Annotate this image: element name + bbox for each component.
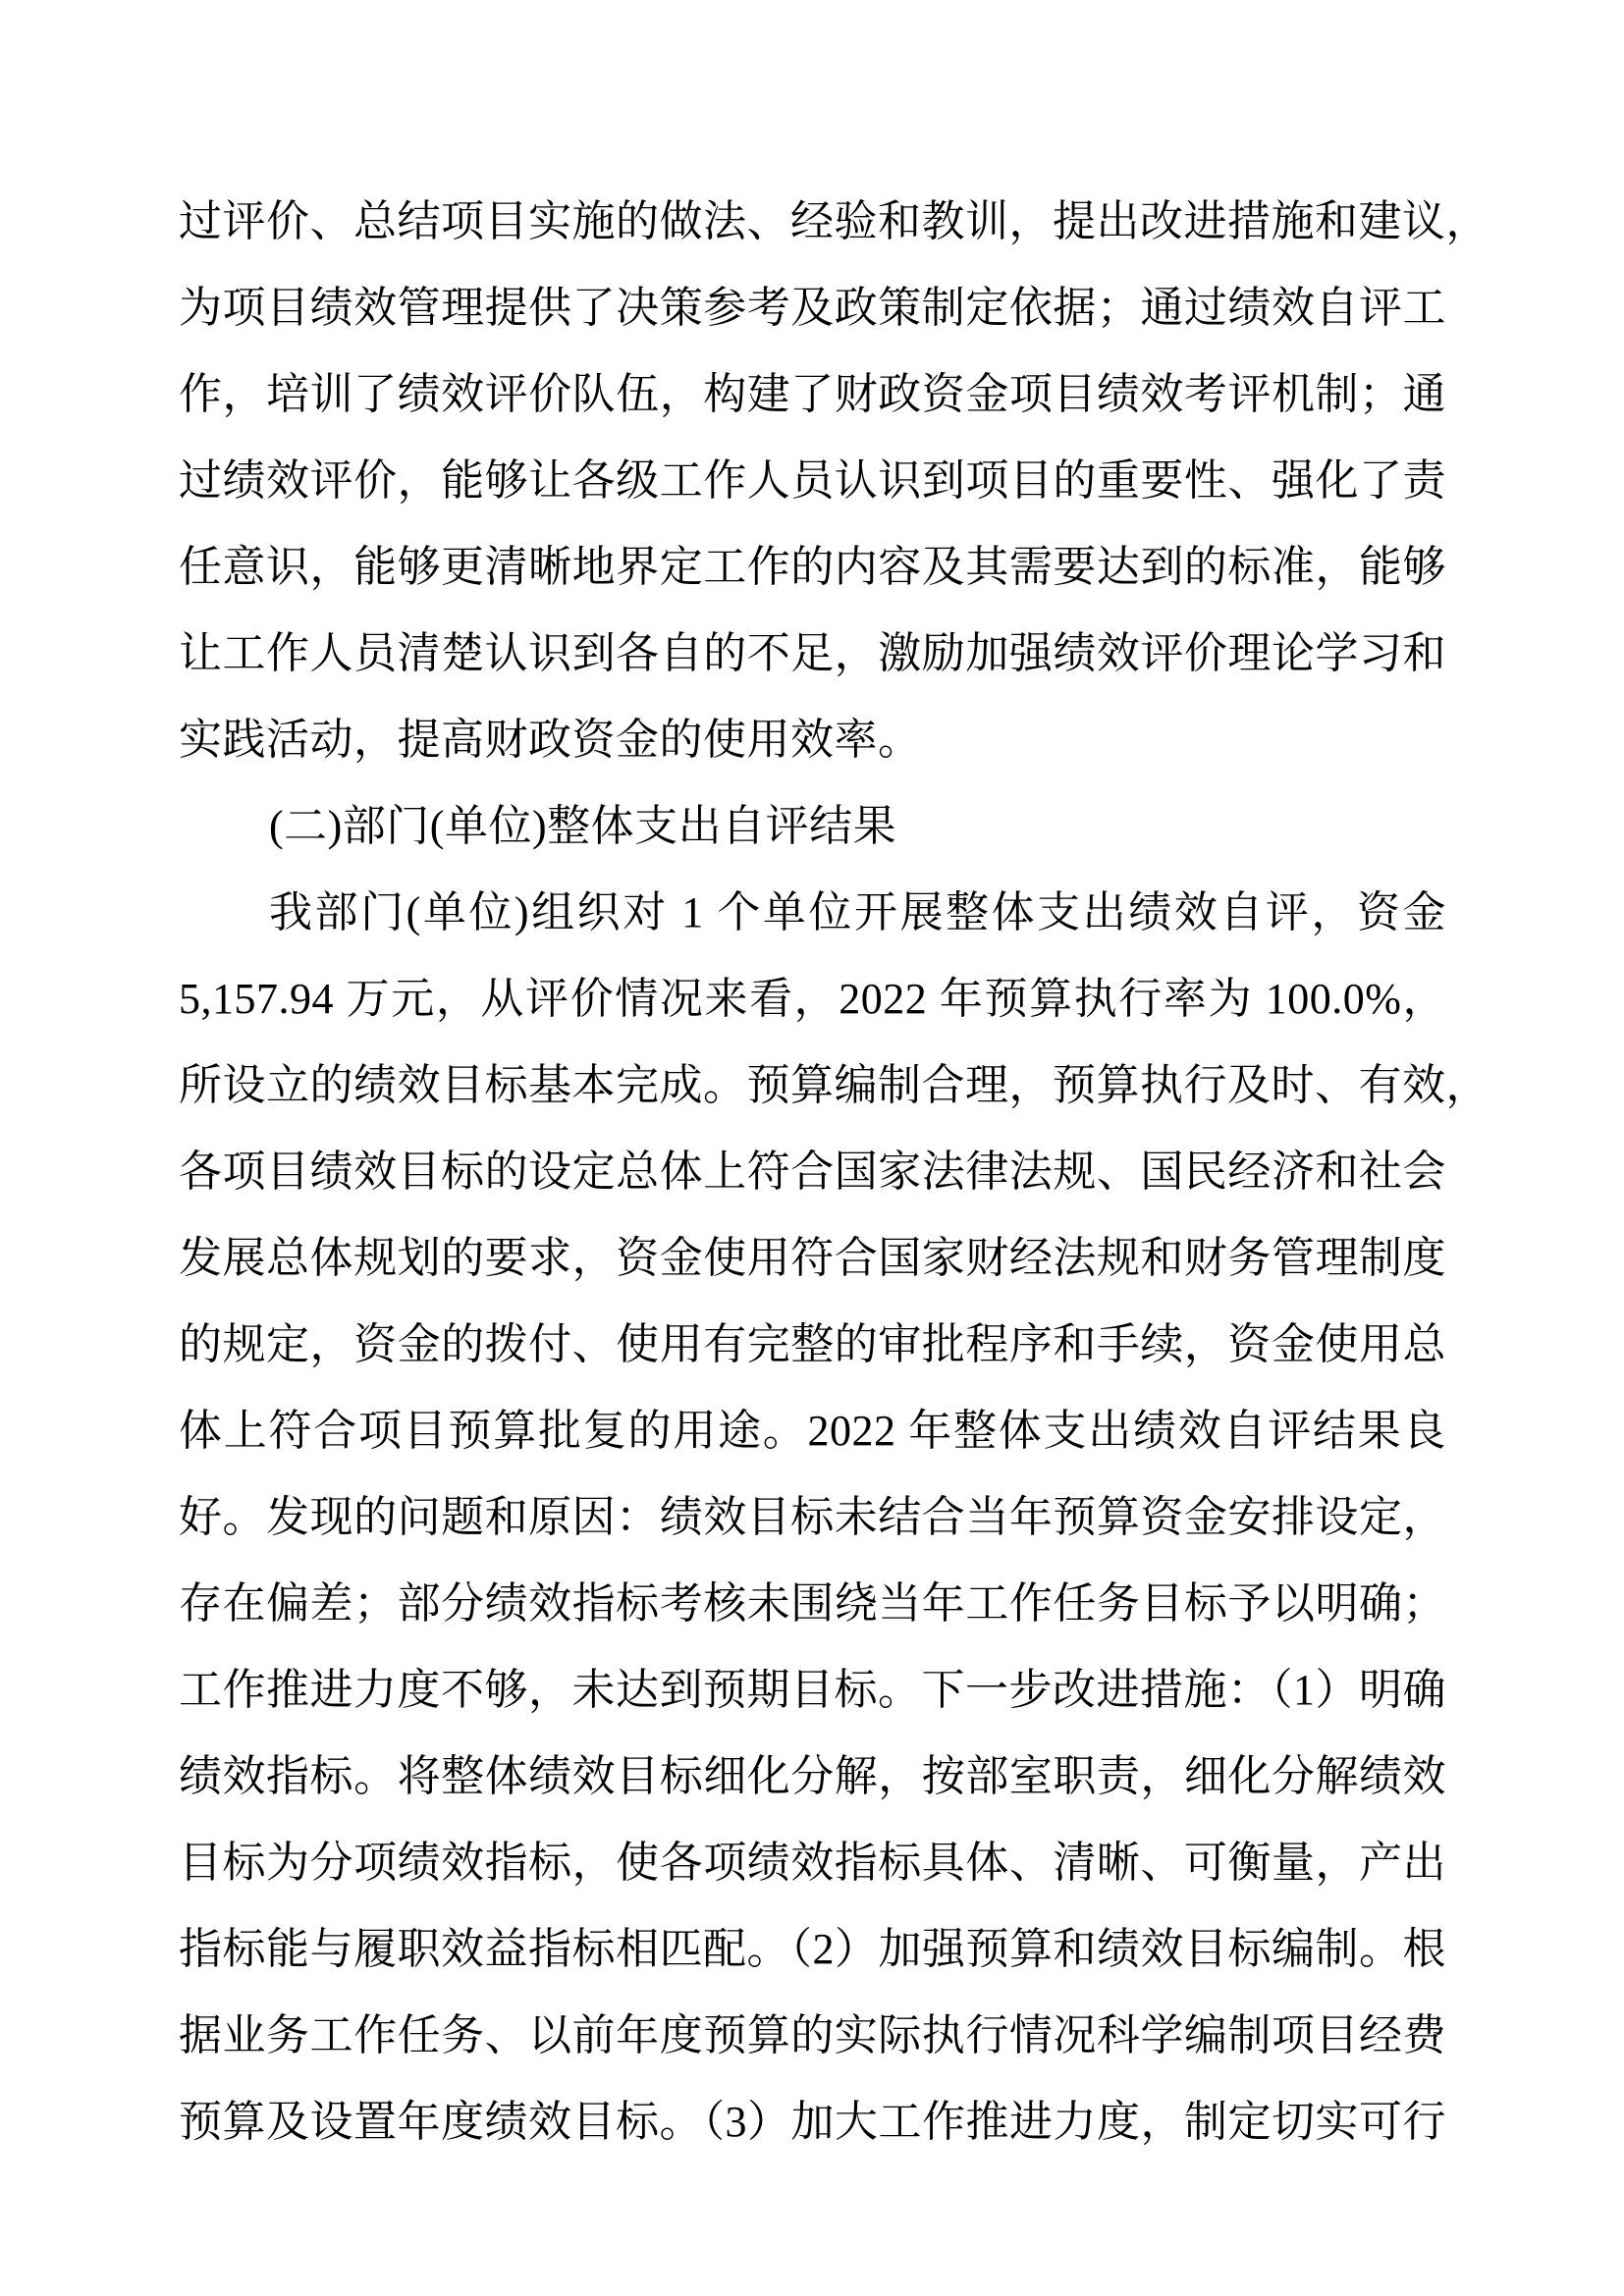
body-text-line: 过绩效评价，能够让各级工作人员认识到项目的重要性、强化了责 [179, 438, 1446, 524]
body-text-line: 发展总体规划的要求，资金使用符合国家财经法规和财务管理制度 [179, 1215, 1446, 1302]
body-text-line: 任意识，能够更清晰地界定工作的内容及其需要达到的标准，能够 [179, 524, 1446, 611]
body-text-line: 据业务工作任务、以前年度预算的实际执行情况科学编制项目经费 [179, 1993, 1446, 2079]
body-text-line: 体上符合项目预算批复的用途。2022 年整体支出绩效自评结果良 [179, 1388, 1446, 1474]
body-text-line: 让工作人员清楚认识到各自的不足，激励加强绩效评价理论学习和 [179, 611, 1446, 697]
body-text-line: 的规定，资金的拨付、使用有完整的审批程序和手续，资金使用总 [179, 1302, 1446, 1388]
section-heading: (二)部门(单位)整体支出自评结果 [179, 783, 1446, 870]
body-text-line: 5,157.94 万元，从评价情况来看，2022 年预算执行率为 100.0%， [179, 956, 1446, 1042]
body-text-line: 工作推进力度不够，未达到预期目标。下一步改进措施：（1）明确 [179, 1647, 1446, 1734]
body-text-line: 作，培训了绩效评价队伍，构建了财政资金项目绩效考评机制；通 [179, 351, 1446, 438]
body-text-line: 好。发现的问题和原因：绩效目标未结合当年预算资金安排设定， [179, 1474, 1446, 1561]
body-text-line: 预算及设置年度绩效目标。（3）加大工作推进力度，制定切实可行 [179, 2079, 1446, 2165]
body-text-line: 各项目绩效目标的设定总体上符合国家法律法规、国民经济和社会 [179, 1129, 1446, 1215]
body-text-line: 目标为分项绩效指标，使各项绩效指标具体、清晰、可衡量，产出 [179, 1820, 1446, 1906]
body-text-line: 所设立的绩效目标基本完成。预算编制合理，预算执行及时、有效， [179, 1042, 1446, 1129]
text-block: 过评价、总结项目实施的做法、经验和教训，提出改进措施和建议， 为项目绩效管理提供… [179, 179, 1446, 2165]
body-text-line: 过评价、总结项目实施的做法、经验和教训，提出改进措施和建议， [179, 179, 1446, 265]
body-text-line: 指标能与履职效益指标相匹配。（2）加强预算和绩效目标编制。根 [179, 1906, 1446, 1993]
body-text-line: 实践活动，提高财政资金的使用效率。 [179, 697, 1446, 783]
document-page: 过评价、总结项目实施的做法、经验和教训，提出改进措施和建议， 为项目绩效管理提供… [0, 0, 1624, 2296]
body-text-line: 为项目绩效管理提供了决策参考及政策制定依据；通过绩效自评工 [179, 265, 1446, 351]
paragraph-first-line: 我部门(单位)组织对 1 个单位开展整体支出绩效自评，资金 [179, 870, 1446, 956]
body-text-line: 绩效指标。将整体绩效目标细化分解，按部室职责，细化分解绩效 [179, 1734, 1446, 1820]
body-text-line: 存在偏差；部分绩效指标考核未围绕当年工作任务目标予以明确； [179, 1561, 1446, 1647]
